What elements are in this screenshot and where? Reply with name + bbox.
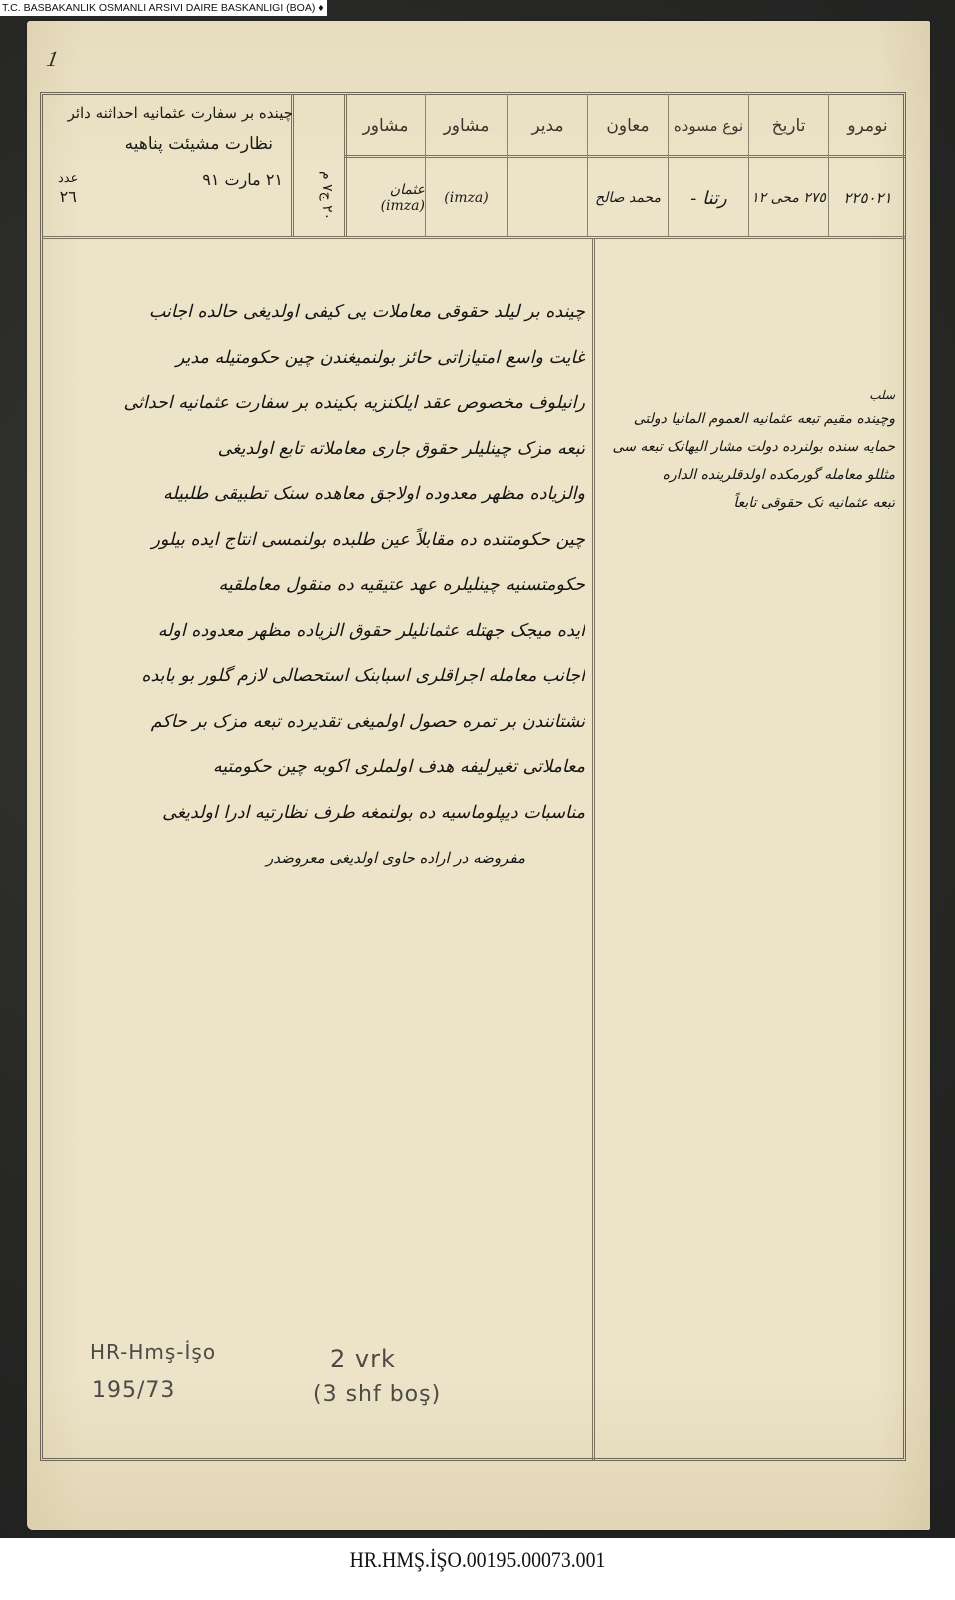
- header-label-counselor-1: مشاور: [426, 95, 507, 157]
- body-line: والزیاده مظهر معدوده اولاجق معاهده سنک ت…: [70, 472, 585, 518]
- margin-note-line: تبعه عثمانیه نک حقوقی تابعاً: [605, 489, 895, 517]
- subject-line-2: نظارت مشیئت پناهیه: [48, 134, 293, 154]
- header-label-deputy: معاون: [588, 95, 668, 157]
- subject-block: چینده بر سفارت عثمانیه احداثنه دائر نظار…: [48, 100, 293, 235]
- body-line: تبعه مزک چینلیلر حقوق جاری معاملاته تابع…: [70, 427, 585, 473]
- body-line: ایده میجک جهتله عثمانلیلر حقوق الزیاده م…: [70, 609, 585, 655]
- body-line: نشتانندن بر تمره حصول اولمیغی تقدیرده تب…: [70, 700, 585, 746]
- archive-banner: T.C. BASBAKANLIK OSMANLI ARSIVI DAIRE BA…: [0, 0, 327, 16]
- header-label-date: تاریخ: [749, 95, 828, 157]
- subject-line-1: چینده بر سفارت عثمانیه احداثنه دائر: [48, 104, 293, 122]
- value-number: ٢٢٥٠٢١: [829, 158, 906, 238]
- signature-counselor-2: عثمان (imza): [346, 158, 425, 238]
- body-line: مناسبات دیپلوماسیه ده بولنمغه طرف نظارتی…: [70, 791, 585, 837]
- subject-count-value: ٢٦: [60, 188, 77, 206]
- body-line: چینده بر لیلد حقوقی معاملات یی کیفی اولد…: [70, 290, 585, 336]
- value-director: [508, 158, 587, 238]
- pencil-call-range: 195/73: [92, 1378, 175, 1403]
- header-label-number: نومرو: [829, 95, 906, 157]
- subject-date: ٢١ مارت ٩١: [202, 170, 283, 206]
- margin-note-line: حمایه سنده بولنرده دولت مشار الیهانک تبع…: [605, 433, 895, 461]
- pencil-sheet-count: 2 vrk: [330, 1345, 396, 1373]
- document-body: چینده بر لیلد حقوقی معاملات یی کیفی اولد…: [70, 290, 585, 882]
- header-label-counselor-2: مشاور: [346, 95, 425, 157]
- vertical-note: ٢٠ ج٧ م: [305, 120, 335, 220]
- subject-meta: ٢١ مارت ٩١ عدد ٢٦: [48, 170, 293, 206]
- header-label-draft-type: نوع مسوده: [669, 95, 748, 157]
- signature-deputy: محمد صالح: [588, 158, 668, 238]
- signature-counselor-1: (imza): [426, 158, 507, 238]
- body-line: چین حکومتنده ده مقابلاً عین طلبده بولنمس…: [70, 518, 585, 564]
- header-label-director: مدیر: [508, 95, 587, 157]
- pencil-call-number: HR-Hmş-İşo: [90, 1340, 216, 1364]
- margin-note-line: وچینده مقیم تبعه عثمانیه العموم المانیا …: [605, 405, 895, 433]
- subject-count: عدد ٢٦: [58, 170, 78, 206]
- body-line: حکومتسنیه چینلیلره عهد عتیقیه ده منقول م…: [70, 563, 585, 609]
- body-line: اجانب معامله اجراقلری اسبابنک استحصالی ل…: [70, 654, 585, 700]
- archive-reference-caption: HR.HMŞ.İŞO.00195.00073.001: [48, 1547, 908, 1573]
- margin-note: سلب وچینده مقیم تبعه عثمانیه العموم الما…: [605, 385, 895, 517]
- body-line: معاملاتی تغیرلیفه هدف اولملری اکوبه چین …: [70, 745, 585, 791]
- margin-note-line: سلب: [605, 385, 895, 405]
- body-line: غایت واسع امتیازاتی حائز بولنمیغندن چین …: [70, 336, 585, 382]
- value-draft-type: رتنا -: [669, 158, 748, 238]
- body-line: مفروضه در اراده حاوی اولدیغی معروضدر: [70, 836, 585, 882]
- pencil-page-count: (3 shf boş): [313, 1382, 441, 1407]
- body-margin-divider: [592, 238, 595, 1460]
- subject-count-label: عدد: [58, 170, 78, 188]
- margin-note-line: مثللو معامله گورمکده اولدقلرینده الداره: [605, 461, 895, 489]
- value-date: ٢٧٥ محی ١٢: [749, 158, 828, 238]
- body-line: رانیلوف مخصوص عقد ایلکنزیه بکینده بر سفا…: [70, 381, 585, 427]
